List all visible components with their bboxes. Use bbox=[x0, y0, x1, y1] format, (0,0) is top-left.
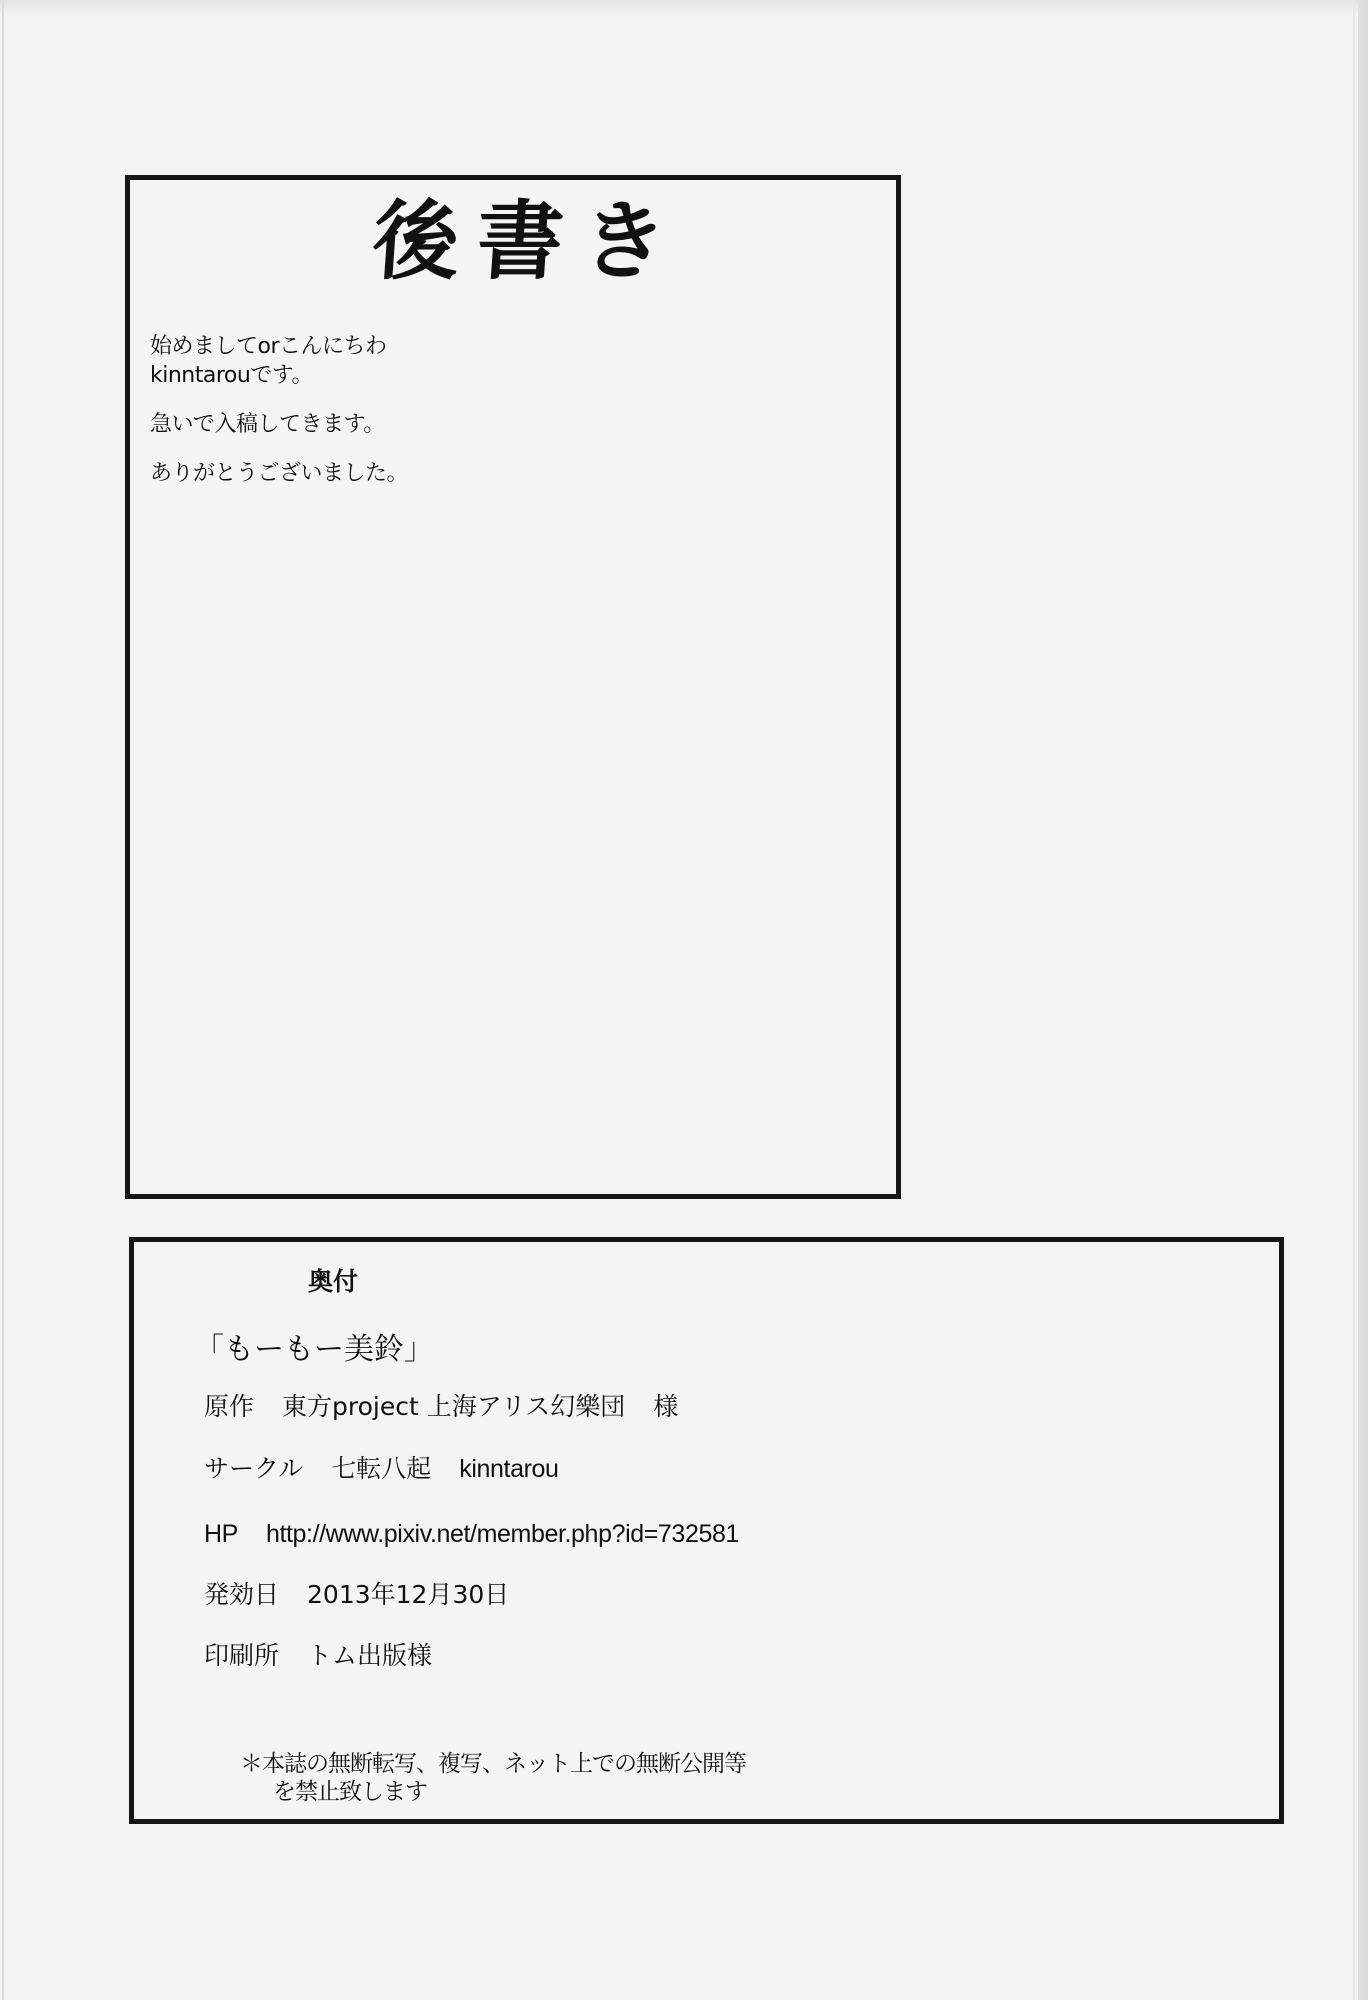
afterword-submission-line: 急いで入稿してきます。 bbox=[150, 411, 385, 439]
colophon-box: 奥付 「もーもー美鈴」 原作東方project 上海アリス幻樂団様 サークル七転… bbox=[129, 1237, 1284, 1824]
issue-date-value: 2013年12月30日 bbox=[307, 1580, 509, 1609]
original-work-value: 東方project 上海アリス幻樂団 bbox=[282, 1392, 625, 1421]
printer-label: 印刷所 bbox=[204, 1639, 279, 1673]
homepage-url: http://www.pixiv.net/member.php?id=73258… bbox=[266, 1520, 739, 1548]
afterword-greeting-line-2: kinntarouです。 bbox=[150, 362, 313, 390]
afterword-thanks-line: ありがとうございました。 bbox=[150, 460, 408, 488]
homepage-row: HPhttp://www.pixiv.net/member.php?id=732… bbox=[204, 1517, 739, 1551]
colophon-heading: 奥付 bbox=[308, 1266, 358, 1298]
printer-row: 印刷所トム出版様 bbox=[204, 1639, 432, 1673]
book-title: 「もーもー美鈴」 bbox=[194, 1330, 434, 1370]
printer-value: トム出版様 bbox=[307, 1641, 432, 1670]
page-edge-right-strip bbox=[1358, 0, 1368, 2000]
circle-label: サークル bbox=[204, 1452, 303, 1486]
issue-date-label: 発効日 bbox=[204, 1578, 279, 1612]
original-work-label: 原作 bbox=[204, 1390, 254, 1424]
circle-row: サークル七転八起kinntarou bbox=[204, 1452, 559, 1486]
page-edge-left bbox=[2, 0, 4, 2000]
issue-date-row: 発効日2013年12月30日 bbox=[204, 1578, 509, 1612]
original-work-honorific: 様 bbox=[653, 1392, 678, 1421]
circle-author: kinntarou bbox=[459, 1455, 558, 1483]
copyright-notice-line-2: を禁止致します bbox=[273, 1778, 427, 1806]
homepage-label: HP bbox=[204, 1517, 238, 1551]
circle-name: 七転八起 bbox=[331, 1454, 431, 1483]
page-top-shade bbox=[0, 0, 1368, 14]
copyright-notice-line-1: ＊本誌の無断転写、複写、ネット上での無断公開等 bbox=[240, 1750, 746, 1778]
afterword-title: 後書き bbox=[370, 192, 689, 292]
original-work-row: 原作東方project 上海アリス幻樂団様 bbox=[204, 1390, 678, 1424]
page-edge-right-line bbox=[1353, 0, 1355, 2000]
afterword-box: 後書き 始めましてorこんにちわ kinntarouです。 急いで入稿してきます… bbox=[125, 175, 901, 1199]
afterword-greeting-line-1: 始めましてorこんにちわ bbox=[150, 333, 387, 361]
